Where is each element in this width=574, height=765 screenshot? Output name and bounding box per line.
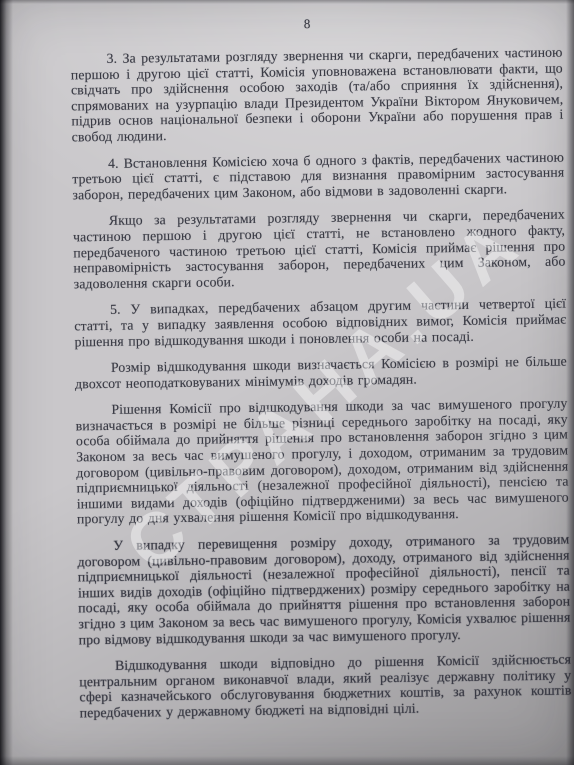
scan-shadow-left bbox=[0, 0, 13, 765]
paragraph: 5. У випадках, передбачених абзацом друг… bbox=[74, 296, 567, 350]
paragraph: Розмір відшкодування шкоди визначається … bbox=[75, 354, 567, 392]
page-number: 8 bbox=[70, 13, 544, 36]
paragraph: Рішення Комісії про відшкодування шкоди … bbox=[75, 396, 569, 528]
paragraph: Якщо за результатами розгляду звернення … bbox=[73, 207, 566, 292]
paragraph: 3. За результатами розгляду звернення чи… bbox=[70, 45, 563, 145]
document-page: 8 3. За результатами розгляду звернення … bbox=[0, 0, 574, 765]
scan-shadow-right bbox=[566, 0, 574, 765]
paragraph: Відшкодування шкоди відповідно до рішенн… bbox=[79, 652, 572, 721]
paragraph: У випадку перевищення розміру доходу, от… bbox=[77, 532, 570, 648]
page-content: 8 3. За результатами розгляду звернення … bbox=[70, 13, 572, 732]
scan-shadow-top bbox=[0, 0, 574, 4]
paragraph: 4. Встановлення Комісією хоча б одного з… bbox=[72, 149, 565, 203]
scan-shadow-bottom bbox=[0, 756, 574, 765]
